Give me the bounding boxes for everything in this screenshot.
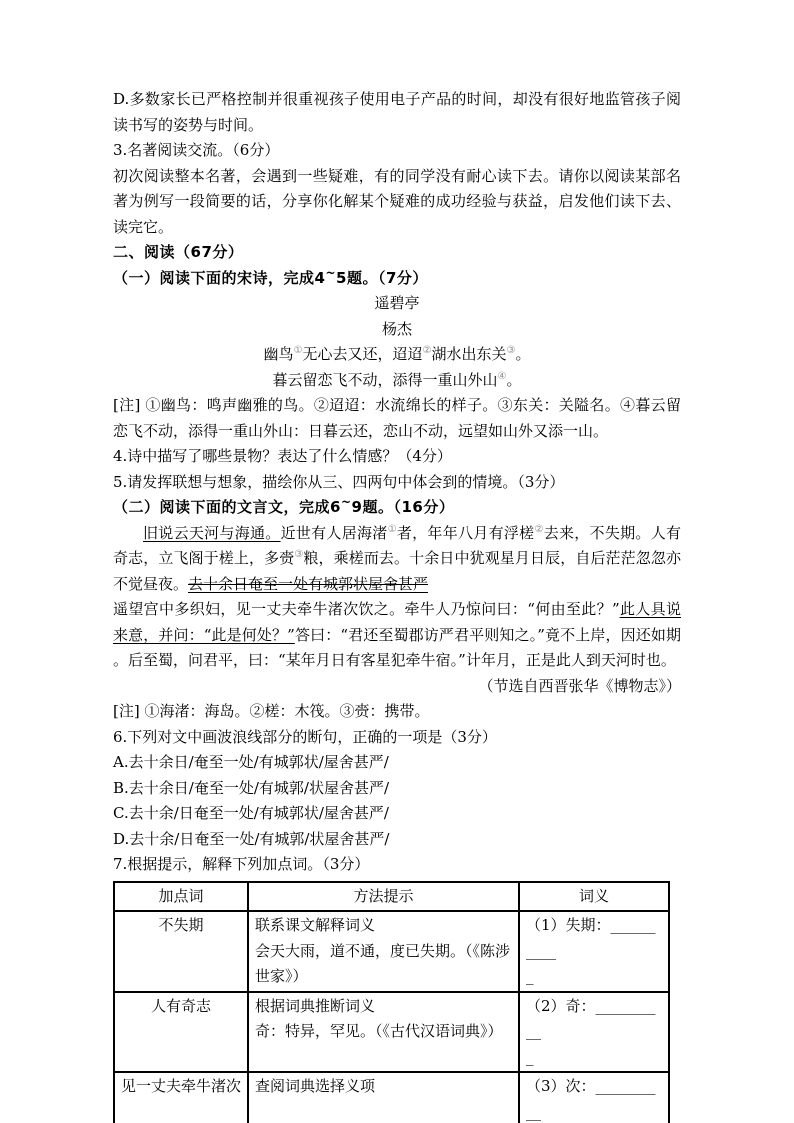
exam-page: D.多数家长已严格控制并很重视孩子使用电子产品的时间，却没有很好地监管孩子阅读书… — [0, 0, 794, 1123]
text-run: 者，年年八月有浮槎 — [397, 524, 535, 542]
text-run: 查阅词典选择义项 — [255, 1077, 375, 1095]
text-run: （3）次：__________ — [526, 1077, 656, 1121]
document-body: D.多数家长已严格控制并很重视孩子使用电子产品的时间，却没有很好地监管孩子阅读书… — [113, 87, 681, 1123]
text-run: 。 — [515, 345, 530, 363]
section-2-heading: 二、阅读（67分） — [113, 240, 681, 266]
text-run: 暮云留恋飞不动，添得一重山外山 — [273, 371, 498, 389]
text-run: 会天大雨，道不通，度已失期。（《陈涉世家》） — [255, 942, 510, 986]
poem-notes: [注] ①幽鸟：鸣声幽雅的鸟。②迢迢：水流绵长的样子。③东关：关隘名。④暮云留恋… — [113, 393, 681, 444]
table-cell: （2）奇：___________ — [519, 992, 669, 1073]
text-run: [注] ①海渚：海岛。②槎：木筏。③赍：携带。 — [113, 702, 429, 720]
text-run: （节选自西晋张华《博物志》） — [478, 677, 681, 695]
option-a: A.去十余日/奄至一处/有城郭状/屋舍甚严/ — [113, 750, 681, 776]
table-header-cell: 加点词 — [114, 882, 248, 912]
option-d: D.去十余/日奄至一处/有城郭/状屋舍甚严/ — [113, 827, 681, 853]
text-run: C.去十余/日奄至一处/有城郭状/屋舍甚严/ — [113, 804, 389, 822]
text-run: _ — [526, 1048, 534, 1066]
poem-line-1: 幽鸟①无心去又还，迢迢②湖水出东关③。 — [113, 342, 681, 368]
text-run: 见一丈夫牵牛渚次 — [121, 1077, 241, 1095]
question-3-body: 初次阅读整本名著，会遇到一些疑难，有的同学没有耐心读下去。请你以阅读某部名著为例… — [113, 164, 681, 241]
option-d-text: D.多数家长已严格控制并很重视孩子使用电子产品的时间，却没有很好地监管孩子阅读书… — [113, 87, 681, 138]
question-5: 5.请发挥联想与想象，描绘你从三、四两句中体会到的情境。（3分） — [113, 470, 681, 496]
text-run: 。 — [506, 371, 521, 389]
text-run: 7.根据提示，解释下列加点词。（3分） — [113, 855, 369, 873]
text-run: 5题。（7分） — [336, 269, 428, 287]
text-run: 奇：特异，罕见。（《古代汉语词典》） — [255, 1022, 503, 1040]
passage-notes: [注] ①海渚：海岛。②槎：木筏。③赍：携带。 — [113, 699, 681, 725]
text-run: D.多数家长已严格控制并很重视孩子使用电子产品的时间，却没有很好地监管孩子阅读书… — [113, 90, 681, 134]
text-run: 联系课文解释词义 — [255, 916, 375, 934]
text-run: 湖水出东关 — [431, 345, 506, 363]
part-2-heading: （二）阅读下面的文言文，完成6~9题。（16分） — [113, 495, 681, 521]
q7-table: 加点词方法提示词义不失期联系课文解释词义会天大雨，道不通，度已失期。（《陈涉世家… — [113, 881, 670, 1123]
table-row: 人有奇志根据词典推断词义奇：特异，罕见。（《古代汉语词典》）（2）奇：_____… — [114, 992, 669, 1073]
text-run: 4.诗中描写了哪些景物？表达了什么情感？（4分） — [113, 447, 452, 465]
poem-title: 遥碧亭 — [113, 291, 681, 317]
text-run: 遥望宫中多织妇，见一丈夫牵牛渚次饮之。牵牛人乃惊问曰：“何由至此？” — [113, 600, 620, 618]
text-run: 6.下列对文中画波浪线部分的断句，正确的一项是（3分） — [113, 728, 497, 746]
footnote-marker: ① — [294, 345, 303, 356]
question-6: 6.下列对文中画波浪线部分的断句，正确的一项是（3分） — [113, 725, 681, 751]
text-run: 幽鸟 — [264, 345, 294, 363]
table-cell: 人有奇志 — [114, 992, 248, 1073]
text-run: 9题。（16分） — [352, 498, 455, 516]
poem-line-2: 暮云留恋飞不动，添得一重山外山④。 — [113, 368, 681, 394]
text-run: 初次阅读整本名著，会遇到一些疑难，有的同学没有耐心读下去。请你以阅读某部名著为例… — [113, 167, 681, 236]
table-cell: （1）失期：___________ — [519, 911, 669, 992]
footnote-marker: ① — [388, 524, 397, 535]
text-run: 近世有人居海渚 — [281, 524, 388, 542]
table-header-cell: 方法提示 — [248, 882, 519, 912]
question-4: 4.诗中描写了哪些景物？表达了什么情感？（4分） — [113, 444, 681, 470]
table-cell: 不失期 — [114, 911, 248, 992]
table-cell: （3）次：__________ — [519, 1072, 669, 1123]
text-run: ~ — [341, 495, 352, 509]
text-run: （二）阅读下面的文言文，完成6 — [113, 498, 341, 516]
poem-author: 杨杰 — [113, 317, 681, 343]
table-header-row: 加点词方法提示词义 — [114, 882, 669, 912]
text-run: [注] ①幽鸟：鸣声幽雅的鸟。②迢迢：水流绵长的样子。③东关：关隘名。④暮云留恋… — [113, 396, 681, 440]
passage-para-1: 旧说云天河与海通。近世有人居海渚①者，年年八月有浮槎②去来，不失期。人有奇志，立… — [113, 521, 681, 598]
text-run: 无心去又还，迢迢 — [303, 345, 423, 363]
table-row: 不失期联系课文解释词义会天大雨，道不通，度已失期。（《陈涉世家》）（1）失期：_… — [114, 911, 669, 992]
question-3: 3.名著阅读交流。（6分） — [113, 138, 681, 164]
table-row: 见一丈夫牵牛渚次查阅词典选择义项（3）次：__________ — [114, 1072, 669, 1123]
text-run: _ — [526, 967, 534, 985]
text-run: 根据词典推断词义 — [255, 997, 375, 1015]
passage-para-2: 遥望宫中多织妇，见一丈夫牵牛渚次饮之。牵牛人乃惊问曰：“何由至此？”此人具说来意… — [113, 597, 681, 674]
footnote-marker: ② — [534, 524, 543, 535]
table-header-cell: 词义 — [519, 882, 669, 912]
text-run: 二、阅读（67分） — [113, 243, 243, 261]
text-run: 5.请发挥联想与想象，描绘你从三、四两句中体会到的情境。（3分） — [113, 473, 564, 491]
text-run: （一）阅读下面的宋诗，完成4 — [113, 269, 325, 287]
underlined-run: 旧说云天河与海通。 — [143, 524, 281, 542]
text-run: （1）失期：__________ — [526, 916, 656, 960]
wavy-underlined-run: 去十余日奄至一处有城郭状屋舍甚严 — [188, 575, 428, 593]
passage-source: （节选自西晋张华《博物志》） — [113, 674, 681, 700]
table-cell: 联系课文解释词义会天大雨，道不通，度已失期。（《陈涉世家》） — [248, 911, 519, 992]
text-run: A.去十余日/奄至一处/有城郭状/屋舍甚严/ — [113, 753, 389, 771]
text-run: （2）奇：__________ — [526, 997, 656, 1041]
text-run: 3.名著阅读交流。（6分） — [113, 141, 279, 159]
part-1-heading: （一）阅读下面的宋诗，完成4~5题。（7分） — [113, 266, 681, 292]
option-c: C.去十余/日奄至一处/有城郭状/屋舍甚严/ — [113, 801, 681, 827]
text-run: ~ — [325, 266, 336, 280]
text-run: 不失期 — [158, 916, 203, 934]
text-run: 遥碧亭 — [374, 294, 419, 312]
table-cell: 查阅词典选择义项 — [248, 1072, 519, 1123]
text-run: 人有奇志 — [151, 997, 211, 1015]
table-cell: 根据词典推断词义奇：特异，罕见。（《古代汉语词典》） — [248, 992, 519, 1073]
text-run: 杨杰 — [382, 320, 412, 338]
text-run: D.去十余/日奄至一处/有城郭/状屋舍甚严/ — [113, 830, 389, 848]
option-b: B.去十余日/奄至一处/有城郭/状屋舍甚严/ — [113, 776, 681, 802]
text-run: B.去十余日/奄至一处/有城郭/状屋舍甚严/ — [113, 779, 389, 797]
table-cell: 见一丈夫牵牛渚次 — [114, 1072, 248, 1123]
question-7: 7.根据提示，解释下列加点词。（3分） — [113, 852, 681, 878]
